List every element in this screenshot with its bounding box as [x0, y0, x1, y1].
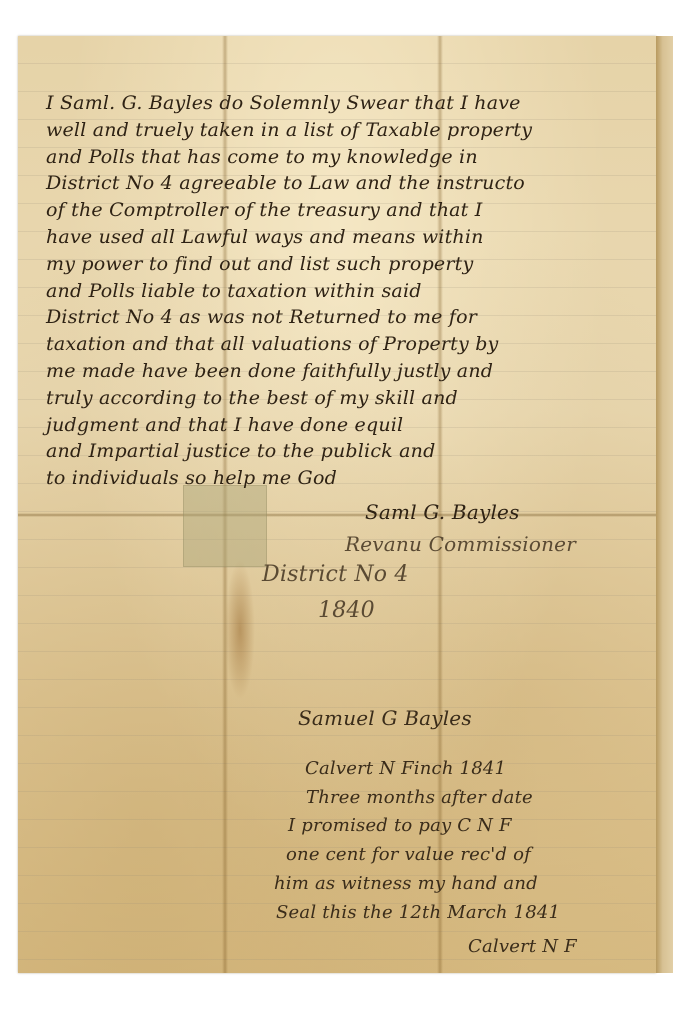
oath-line: and Impartial justice to the publick and [46, 440, 435, 462]
oath-line: of the Comptroller of the treasury and t… [46, 199, 482, 221]
oath-line: well and truely taken in a list of Taxab… [46, 119, 532, 141]
fold-crease-horizontal [18, 513, 656, 517]
oath-line: and Polls liable to taxation within said [46, 280, 422, 302]
note-line: Seal this the 12th March 1841 [276, 902, 560, 923]
oath-line: judgment and that I have done equil [46, 414, 403, 436]
oath-line: and Polls that has come to my knowledge … [46, 146, 478, 168]
note-signature: Calvert N F [468, 936, 577, 957]
water-stain [225, 560, 255, 700]
oath-line: District No 4 agreeable to Law and the i… [46, 172, 525, 194]
docket-year: 1840 [318, 598, 375, 623]
note-line: Calvert N Finch 1841 [305, 758, 506, 779]
paper-edge-strip [656, 36, 673, 973]
oath-line: taxation and that all valuations of Prop… [46, 333, 499, 355]
oath-line: have used all Lawful ways and means with… [46, 226, 484, 248]
note-name: Samuel G Bayles [298, 706, 472, 730]
oath-line: me made have been done faithfully justly… [46, 360, 493, 382]
repair-tape [183, 485, 267, 567]
note-line: Three months after date [306, 787, 533, 808]
note-line: one cent for value rec'd of [286, 844, 531, 865]
docket-district: District No 4 [262, 562, 409, 587]
oath-line: truly according to the best of my skill … [46, 387, 458, 409]
oath-line: to individuals so help me God [46, 467, 337, 489]
oath-line: I Saml. G. Bayles do Solemnly Swear that… [46, 92, 521, 114]
signature: Saml G. Bayles [365, 500, 520, 524]
oath-line: my power to find out and list such prope… [46, 253, 473, 275]
note-line: him as witness my hand and [274, 873, 538, 894]
oath-line: District No 4 as was not Returned to me … [46, 306, 477, 328]
note-line: I promised to pay C N F [288, 815, 512, 836]
signature-title: Revanu Commissioner [345, 532, 576, 556]
